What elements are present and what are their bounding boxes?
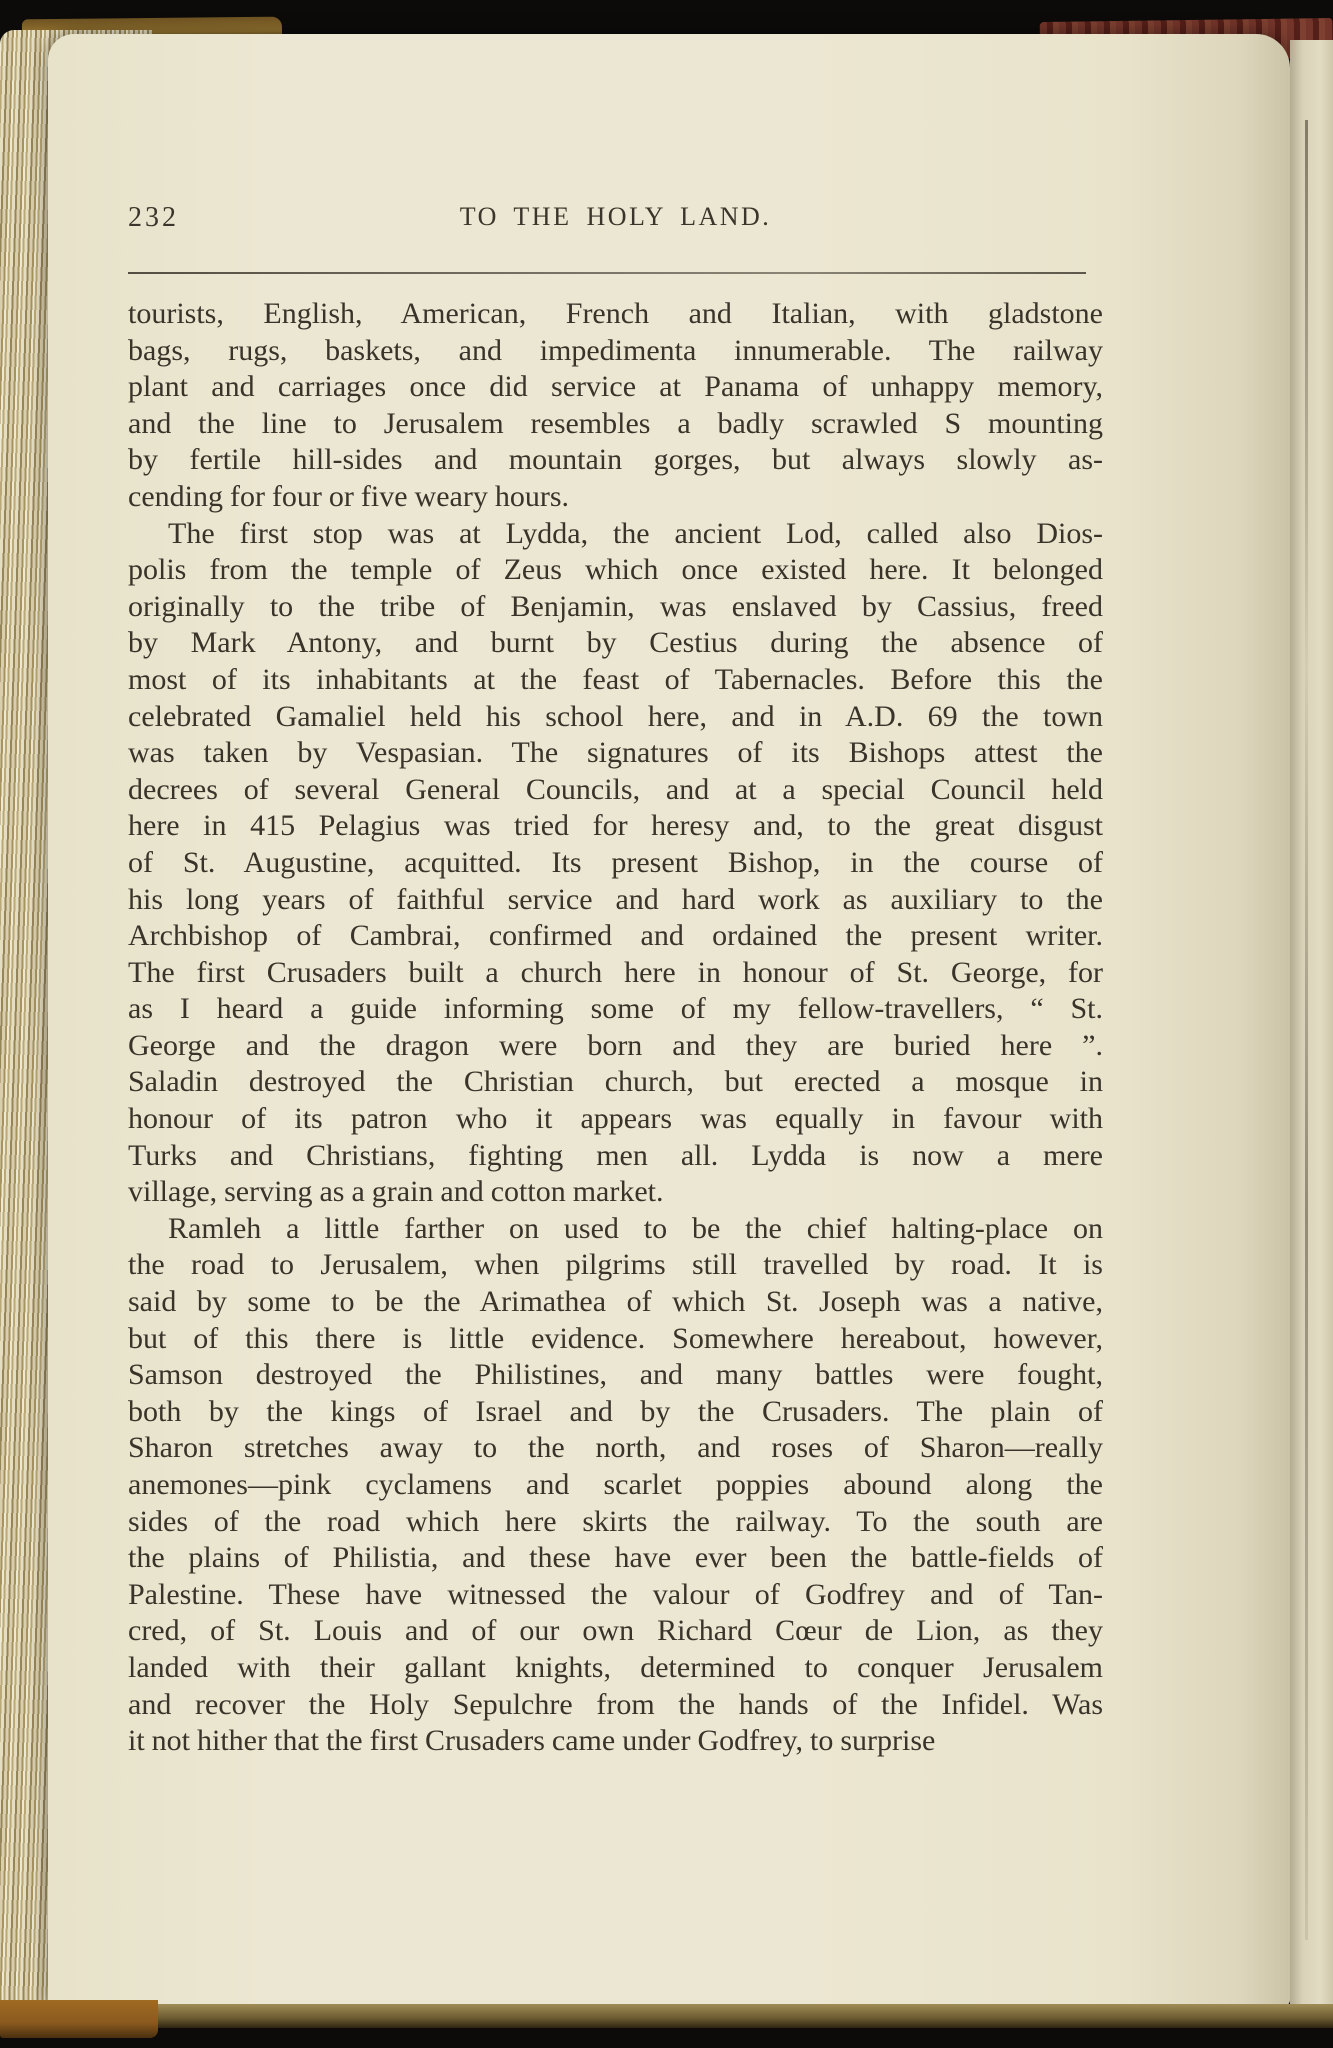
text-line: Ramleh a little farther on used to be th… (128, 1211, 1103, 1248)
bottom-page-edge (150, 2004, 1333, 2028)
body-text: tourists, English, American, French and … (128, 296, 1103, 1760)
text-line: Samson destroyed the Philistines, and ma… (128, 1357, 1103, 1394)
text-line: polis from the temple of Zeus which once… (128, 552, 1103, 589)
text-line: Archbishop of Cambrai, confirmed and ord… (128, 918, 1103, 955)
text-line: both by the kings of Israel and by the C… (128, 1394, 1103, 1431)
text-line: decrees of several General Councils, and… (128, 772, 1103, 809)
text-line: of St. Augustine, acquitted. Its present… (128, 845, 1103, 882)
header-rule (128, 272, 1086, 274)
paragraph: Ramleh a little farther on used to be th… (128, 1211, 1103, 1760)
text-line: Saladin destroyed the Christian church, … (128, 1064, 1103, 1101)
text-line: anemones—pink cyclamens and scarlet popp… (128, 1467, 1103, 1504)
text-line: honour of its patron who it appears was … (128, 1101, 1103, 1138)
text-line: landed with their gallant knights, deter… (128, 1650, 1103, 1687)
text-line: sides of the road which here skirts the … (128, 1504, 1103, 1541)
text-line: most of its inhabitants at the feast of … (128, 662, 1103, 699)
text-line: village, serving as a grain and cotton m… (128, 1174, 1103, 1211)
text-line: the plains of Philistia, and these have … (128, 1540, 1103, 1577)
text-line: as I heard a guide informing some of my … (128, 991, 1103, 1028)
text-line: by Mark Antony, and burnt by Cestius dur… (128, 625, 1103, 662)
text-line: here in 415 Pelagius was tried for heres… (128, 808, 1103, 845)
text-line: Palestine. These have witnessed the valo… (128, 1577, 1103, 1614)
text-line: tourists, English, American, French and … (128, 296, 1103, 333)
text-line: the road to Jerusalem, when pilgrims sti… (128, 1247, 1103, 1284)
text-line: his long years of faithful service and h… (128, 882, 1103, 919)
running-head: TO THE HOLY LAND. (128, 202, 1103, 232)
text-line: bags, rugs, baskets, and impedimenta inn… (128, 333, 1103, 370)
text-line: said by some to be the Arimathea of whic… (128, 1284, 1103, 1321)
gutter-crease (1305, 120, 1308, 1940)
gutter-page-sliver (1290, 40, 1333, 2006)
paragraph: The first stop was at Lydda, the ancient… (128, 516, 1103, 1211)
text-line: and recover the Holy Sepulchre from the … (128, 1687, 1103, 1724)
text-line: originally to the tribe of Benjamin, was… (128, 589, 1103, 626)
text-line: plant and carriages once did service at … (128, 369, 1103, 406)
text-line: and the line to Jerusalem resembles a ba… (128, 406, 1103, 443)
text-line: it not hither that the first Crusaders c… (128, 1723, 1103, 1760)
paragraph: tourists, English, American, French and … (128, 296, 1103, 516)
book-cover-bottom-edge (0, 2000, 158, 2038)
book-page: 232 TO THE HOLY LAND. tourists, English,… (48, 34, 1290, 2006)
text-line: George and the dragon were born and they… (128, 1028, 1103, 1065)
text-line: The first stop was at Lydda, the ancient… (128, 516, 1103, 553)
text-line: celebrated Gamaliel held his school here… (128, 699, 1103, 736)
text-line: by fertile hill-sides and mountain gorge… (128, 442, 1103, 479)
text-line: was taken by Vespasian. The signatures o… (128, 735, 1103, 772)
text-line: Sharon stretches away to the north, and … (128, 1430, 1103, 1467)
text-line: but of this there is little evidence. So… (128, 1321, 1103, 1358)
text-line: cending for four or five weary hours. (128, 479, 1103, 516)
text-line: The first Crusaders built a church here … (128, 955, 1103, 992)
text-line: cred, of St. Louis and of our own Richar… (128, 1613, 1103, 1650)
text-line: Turks and Christians, fighting men all. … (128, 1138, 1103, 1175)
